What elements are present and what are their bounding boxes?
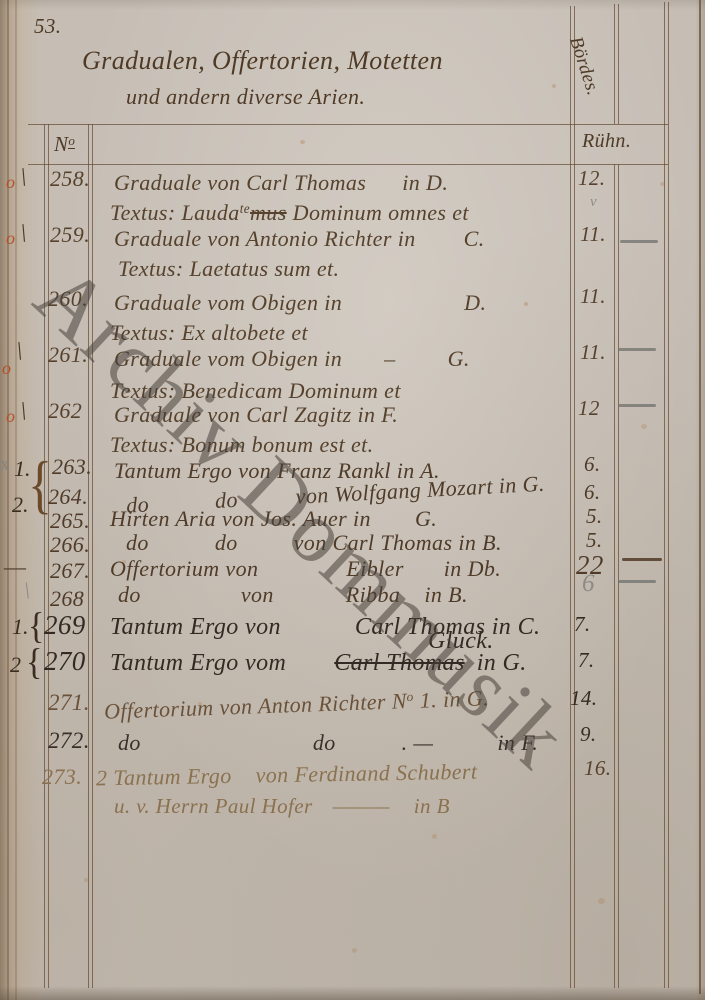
margin-mark-red-circle: o	[6, 172, 15, 193]
count-value: 7.	[578, 648, 595, 673]
table-rule	[28, 124, 668, 125]
tally-dash	[622, 558, 662, 561]
text-segment: te	[240, 201, 250, 217]
margin-mark-ink-slash: \	[17, 220, 31, 249]
count-value: 9.	[580, 722, 597, 747]
row-number: 258.	[50, 166, 90, 192]
text-segment: Offertorium von Anton Richter N	[104, 688, 408, 725]
row-number: 266.	[50, 532, 90, 558]
row-number: 259.	[50, 222, 90, 248]
text-segment: Tantum Ergo von	[110, 614, 281, 641]
textus-text: u. v. Herrn Paul Hofer———in B	[114, 794, 450, 819]
row-number: 268	[50, 586, 84, 612]
text-segment: do	[215, 530, 238, 556]
text-segment: 2 Tantum Ergo	[96, 763, 232, 791]
count-value: 6.	[584, 452, 601, 477]
row-number: 269	[44, 610, 86, 641]
row-number: 263.	[52, 454, 92, 480]
count-value: 11.	[580, 340, 606, 365]
foxing-spot	[598, 898, 605, 904]
row-number: 265.	[50, 508, 90, 534]
foxing-spot	[432, 834, 437, 839]
table-rule	[664, 2, 665, 988]
foxing-spot	[300, 140, 305, 144]
margin-mark-ink-num: 1.	[12, 614, 29, 640]
column-header-no-superscript: o	[68, 133, 75, 149]
table-rule	[668, 2, 669, 988]
text-segment: in Db.	[444, 556, 501, 582]
text-segment: Graduale von Antonio Richter in	[114, 226, 416, 252]
foxing-spot	[641, 424, 647, 429]
page-title-line1: Gradualen, Offertorien, Motetten	[82, 46, 443, 76]
table-rule	[614, 164, 615, 988]
margin-mark-ink-dash: —	[4, 554, 26, 580]
row-number: 272.	[48, 728, 90, 754]
entry-text: 2 Tantum Ergovon Ferdinand Schubert	[96, 759, 478, 792]
table-rule	[570, 6, 571, 988]
count-value: 12.	[578, 166, 605, 191]
text-segment: in B	[414, 794, 450, 819]
margin-mark-ink-slash: \	[17, 398, 31, 427]
text-segment: –	[384, 346, 395, 372]
count-value: 11.	[580, 284, 606, 309]
manuscript-page: 53. Gradualen, Offertorien, Motetten und…	[0, 0, 705, 1000]
margin-mark-red-circle: o	[2, 358, 11, 379]
text-segment: von	[241, 582, 274, 608]
text-segment: do	[118, 582, 141, 608]
column-header-no-letter: N	[54, 132, 68, 156]
page-number: 53.	[34, 14, 61, 39]
text-segment: Graduale von Carl Thomas	[114, 170, 366, 196]
text-segment: Textus: Lauda	[110, 200, 240, 226]
margin-mark-red-circle: o	[6, 228, 15, 249]
text-segment: G.	[415, 506, 437, 532]
text-segment: C.	[464, 226, 485, 252]
text-segment: do	[126, 530, 149, 556]
text-segment: Offertorium von	[110, 556, 258, 582]
margin-mark-ink-num: 2.	[12, 492, 29, 518]
foxing-spot	[552, 84, 556, 88]
entry-text: Graduale von Carl Thomasin D.	[114, 170, 448, 196]
foxing-spot	[524, 302, 528, 306]
text-segment: do	[313, 730, 336, 756]
binding-crease	[7, 0, 9, 1000]
row-number: 271.	[48, 690, 90, 716]
tally-dash	[618, 348, 656, 351]
tally-dash	[620, 240, 658, 243]
text-segment: ———	[333, 794, 390, 819]
column-header-count: Rühn.	[582, 130, 631, 153]
count-value: 11.	[580, 222, 606, 247]
page-title-line2: und andern diverse Arien.	[126, 84, 365, 110]
foxing-spot	[352, 948, 357, 953]
textus-text: Textus: Laetatus sum et.	[118, 256, 339, 282]
text-segment: in D.	[402, 170, 448, 196]
table-rule	[618, 164, 619, 988]
tally-dash	[618, 580, 656, 583]
count-value: 6	[582, 570, 595, 598]
table-rule	[44, 124, 45, 988]
table-rule	[574, 6, 575, 988]
margin-mark-ink-slash: \	[17, 164, 31, 193]
count-value: 6.	[584, 480, 601, 505]
text-segment: u. v. Herrn Paul Hofer	[114, 794, 313, 819]
margin-mark-pencil-x: x	[0, 454, 10, 476]
text-segment: D.	[464, 290, 486, 316]
row-number: 270	[44, 646, 86, 677]
text-segment: Tantum Ergo vom	[110, 650, 286, 677]
count-value: 16.	[584, 756, 611, 781]
row-number: 267.	[50, 558, 90, 584]
entry-text: Graduale von Antonio Richter inC.	[114, 226, 485, 252]
text-segment: mus	[250, 200, 287, 226]
row-number: 262	[48, 398, 82, 424]
table-rule	[618, 4, 619, 124]
column-header-no: No	[54, 132, 75, 157]
entry-text: Graduale vom Obigen inD.	[114, 290, 486, 316]
count-value: 7.	[574, 612, 591, 637]
margin-mark-pencil-note: v	[590, 194, 597, 211]
text-segment: G.	[448, 346, 470, 372]
table-rule	[28, 164, 668, 165]
textus-text: Textus: LaudatemusDominum omnes et	[110, 200, 469, 226]
table-rule	[48, 124, 49, 988]
margin-mark-pencil-slash: \	[21, 578, 33, 605]
table-rule	[699, 0, 701, 994]
count-value: 12	[578, 396, 600, 421]
text-segment: . —	[402, 730, 434, 756]
text-segment: Dominum omnes et	[293, 200, 469, 226]
tally-dash	[618, 404, 656, 407]
row-number: 264.	[48, 484, 88, 510]
margin-mark-ink-num: 2	[10, 652, 21, 678]
row-number: 273.	[42, 764, 82, 790]
count-value: 5.	[586, 504, 603, 529]
margin-mark-brace: {	[26, 642, 42, 684]
margin-mark-red-circle: o	[6, 406, 15, 427]
text-segment: Textus: Laetatus sum et.	[118, 256, 339, 282]
table-rule	[614, 4, 615, 124]
text-segment: do	[118, 730, 141, 756]
text-segment: von Ferdinand Schubert	[255, 759, 477, 789]
